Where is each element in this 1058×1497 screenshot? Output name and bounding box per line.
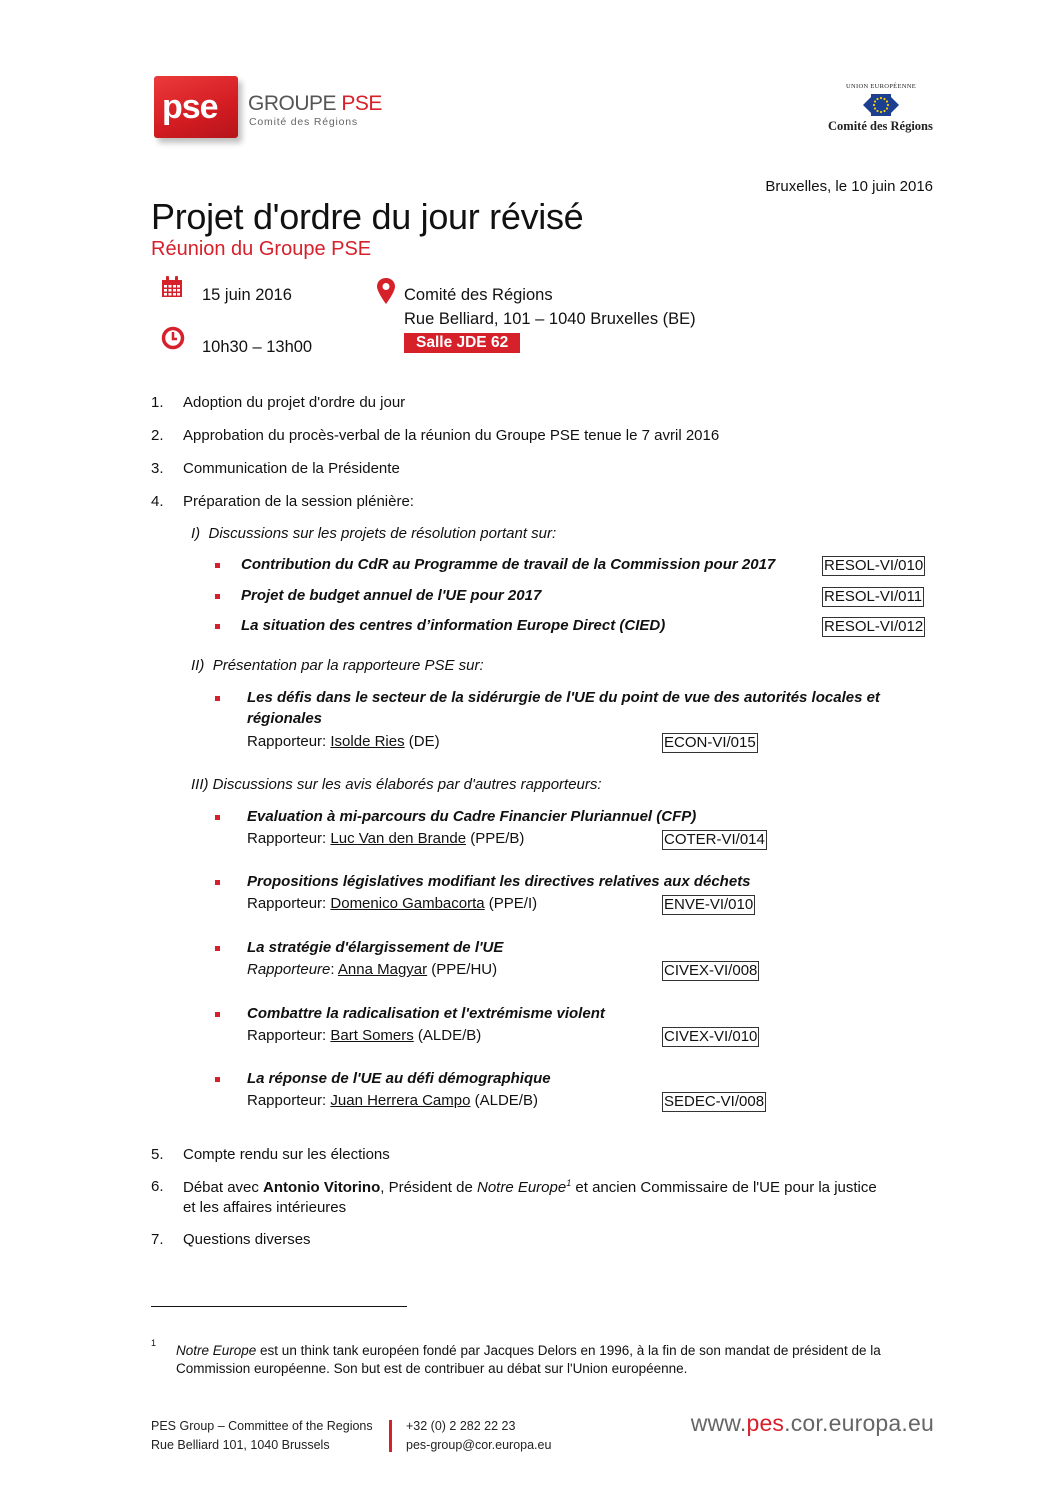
meeting-time: 10h30 – 13h00 [202, 338, 312, 357]
item-number: 6. [151, 1178, 164, 1195]
eu-label: UNION EUROPÉENNE [846, 83, 916, 90]
page-title: Projet d'ordre du jour révisé [151, 196, 583, 238]
bullet-icon [215, 563, 220, 568]
resolution-title: Projet de budget annuel de l'UE pour 201… [241, 587, 541, 604]
bullet-icon [215, 815, 220, 820]
footer-email[interactable]: pes-group@cor.europa.eu [406, 1436, 551, 1455]
footnote-text-cont: Commission européenne. Son but est de co… [176, 1360, 687, 1378]
item-number: 4. [151, 493, 164, 510]
rapporteur-name: Isolde Ries [330, 733, 404, 750]
footer-phone: +32 (0) 2 282 22 23 [406, 1417, 551, 1436]
footnote-text: Notre Europe est un think tank européen … [176, 1342, 881, 1360]
footer-website[interactable]: www.pes.cor.europa.eu [691, 1410, 934, 1437]
resolution-title: Contribution du CdR au Programme de trav… [241, 556, 775, 573]
pse-logo-subtitle: Comité des Régions [249, 116, 358, 128]
section-label: II) Présentation par la rapporteure PSE … [191, 657, 484, 674]
item-number: 2. [151, 427, 164, 444]
rapporteur: Rapporteur: Luc Van den Brande (PPE/B) [247, 830, 524, 847]
item-number: 3. [151, 460, 164, 477]
rapporteur: Rapporteur: Isolde Ries (DE) [247, 733, 440, 750]
document-ref: ECON-VI/015 [662, 733, 758, 753]
opinion-title: Les défis dans le secteur de la sidérurg… [247, 689, 880, 706]
rapporteur-name: Bart Somers [330, 1027, 413, 1044]
footnote-divider [151, 1306, 407, 1307]
opinion-title: Propositions législatives modifiant les … [247, 873, 751, 890]
document-ref: RESOL-VI/011 [822, 587, 924, 607]
map-pin-icon [377, 278, 395, 304]
footer-org: PES Group – Committee of the Regions Rue… [151, 1417, 373, 1455]
opinion-title-cont: régionales [247, 710, 322, 727]
section-label: I) Discussions sur les projets de résolu… [191, 525, 556, 542]
eu-committee-name: Comité des Régions [828, 119, 933, 134]
room-badge: Salle JDE 62 [404, 333, 520, 353]
footer-org-name: PES Group – Committee of the Regions [151, 1417, 373, 1436]
document-ref: RESOL-VI/010 [822, 556, 925, 576]
bullet-icon [215, 946, 220, 951]
agenda-item: Débat avec Antonio Vitorino, Président d… [183, 1178, 877, 1196]
eu-flag-icon [863, 92, 899, 118]
opinion-title: Combattre la radicalisation et l'extrémi… [247, 1005, 605, 1022]
item-number: 7. [151, 1231, 164, 1248]
footer-address: Rue Belliard 101, 1040 Brussels [151, 1436, 373, 1455]
item-number: 1. [151, 394, 164, 411]
bullet-icon [215, 1012, 220, 1017]
dateline: Bruxelles, le 10 juin 2016 [765, 178, 933, 195]
agenda-item-cont: et les affaires intérieures [183, 1199, 346, 1216]
opinion-title: Evaluation à mi-parcours du Cadre Financ… [247, 808, 696, 825]
agenda-item: Questions diverses [183, 1231, 311, 1248]
bullet-icon [215, 594, 220, 599]
document-ref: CIVEX-VI/008 [662, 961, 759, 981]
pse-logo-text: pse [162, 88, 218, 127]
rapporteur-name: Luc Van den Brande [330, 830, 466, 847]
rapporteur: Rapporteure: Anna Magyar (PPE/HU) [247, 961, 497, 978]
rapporteur-name: Domenico Gambacorta [330, 895, 484, 912]
opinion-title: La réponse de l'UE au défi démographique [247, 1070, 551, 1087]
location-address: Rue Belliard, 101 – 1040 Bruxelles (BE) [404, 310, 696, 329]
bullet-icon [215, 696, 220, 701]
document-ref: CIVEX-VI/010 [662, 1027, 759, 1047]
logo-title-main: GROUPE [248, 92, 341, 115]
document-ref: RESOL-VI/012 [822, 617, 925, 637]
pse-logo-title: GROUPE PSE [248, 92, 382, 116]
bullet-icon [215, 880, 220, 885]
agenda-item: Préparation de la session plénière: [183, 493, 414, 510]
document-ref: SEDEC-VI/008 [662, 1092, 766, 1112]
calendar-icon [161, 276, 183, 298]
agenda-item: Compte rendu sur les élections [183, 1146, 390, 1163]
rapporteur: Rapporteur: Juan Herrera Campo (ALDE/B) [247, 1092, 538, 1109]
bullet-icon [215, 624, 220, 629]
bullet-icon [215, 1077, 220, 1082]
agenda-item: Approbation du procès-verbal de la réuni… [183, 427, 719, 444]
rapporteur: Rapporteur: Bart Somers (ALDE/B) [247, 1027, 481, 1044]
pse-logo-mark: pse [154, 76, 238, 138]
footer-divider [389, 1420, 392, 1452]
opinion-title: La stratégie d'élargissement de l'UE [247, 939, 503, 956]
rapporteur-name: Juan Herrera Campo [330, 1092, 470, 1109]
section-label: III) Discussions sur les avis élaborés p… [191, 776, 602, 793]
guest-name: Antonio Vitorino [263, 1179, 380, 1196]
clock-icon [161, 326, 185, 350]
item-number: 5. [151, 1146, 164, 1163]
page-subtitle: Réunion du Groupe PSE [151, 238, 371, 261]
document-ref: ENVE-VI/010 [662, 895, 755, 915]
rapporteur: Rapporteur: Domenico Gambacorta (PPE/I) [247, 895, 537, 912]
footer-contact: +32 (0) 2 282 22 23 pes-group@cor.europa… [406, 1417, 551, 1455]
agenda-item: Adoption du projet d'ordre du jour [183, 394, 405, 411]
meeting-date: 15 juin 2016 [202, 286, 292, 305]
location-name: Comité des Régions [404, 286, 553, 305]
resolution-title: La situation des centres d’information E… [241, 617, 665, 634]
footnote-mark: 1 [151, 1338, 156, 1348]
logo-title-accent: PSE [341, 92, 382, 115]
document-ref: COTER-VI/014 [662, 830, 767, 850]
rapporteur-name: Anna Magyar [338, 961, 427, 978]
agenda-item: Communication de la Présidente [183, 460, 400, 477]
